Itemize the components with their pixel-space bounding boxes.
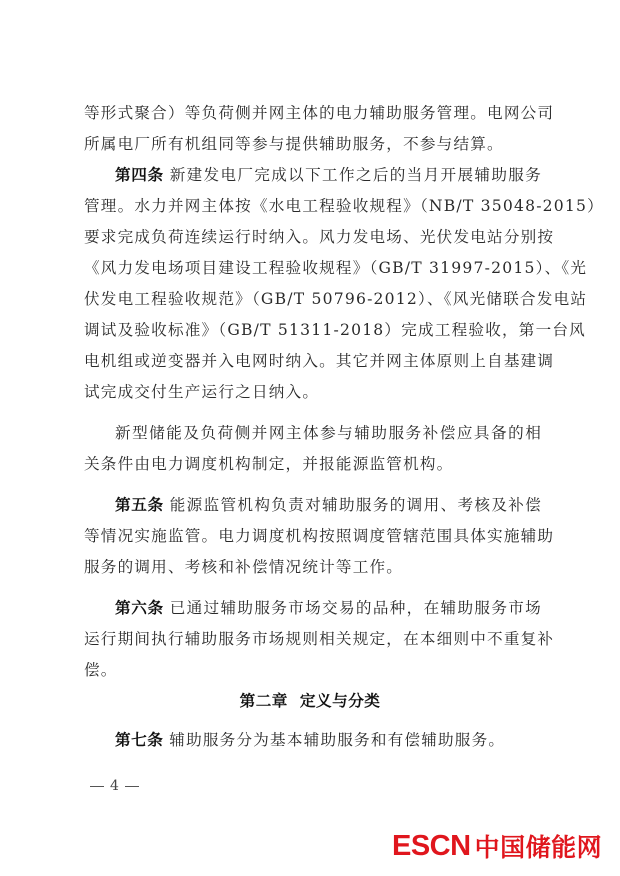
logo-en: ESCN [392,830,471,863]
text-line: 要求完成负荷连续运行时纳入。风力发电场、光伏发电站分别按 [84,222,542,253]
text-line: 调试及验收标准》（GB/T 51311-2018）完成工程验收，第一台风 [84,315,542,346]
text-line: 管理。水力并网主体按《水电工程验收规程》（NB/T 35048-2015） [84,191,542,222]
article-text: 辅助服务分为基本辅助服务和有偿辅助服务。 [169,731,505,749]
article-text: 已通过辅助服务市场交易的品种，在辅助服务市场 [170,599,542,617]
text-line: 等情况实施监管。电力调度机构按照调度管辖范围具体实施辅助 [84,521,542,552]
text-line: 等形式聚合）等负荷侧并网主体的电力辅助服务管理。电网公司 [84,98,542,129]
dash-left [90,786,104,787]
text-line: 运行期间执行辅助服务市场规则相关规定，在本细则中不重复补 [84,624,542,655]
text-line: 新型储能及负荷侧并网主体参与辅助服务补偿应具备的相 [115,418,542,449]
text-line: 伏发电工程验收规范》（GB/T 50796-2012）、《风光储联合发电站 [84,284,542,315]
article-5-line: 第五条能源监管机构负责对辅助服务的调用、考核及补偿 [115,490,542,521]
text-line: 关条件由电力调度机构制定，并报能源监管机构。 [84,449,542,480]
logo-cn: 中国储能网 [475,828,603,864]
text-line: 服务的调用、考核和补偿情况统计等工作。 [84,552,542,583]
text-line: 偿。 [84,655,542,686]
document-page: 等形式聚合）等负荷侧并网主体的电力辅助服务管理。电网公司 所属电厂所有机组同等参… [0,0,620,876]
article-heading: 第七条 [115,731,163,749]
chapter-title: 定义与分类 [300,692,380,710]
article-heading: 第五条 [115,496,164,514]
article-heading: 第四条 [115,166,164,184]
dash-right [125,786,139,787]
chapter-heading: 第二章定义与分类 [0,689,620,711]
text-line: 电机组或逆变器并入电网时纳入。其它并网主体原则上自基建调 [84,346,542,377]
article-6-line: 第六条已通过辅助服务市场交易的品种，在辅助服务市场 [115,593,542,624]
article-text: 新建发电厂完成以下工作之后的当月开展辅助服务 [170,166,542,184]
article-7-line: 第七条辅助服务分为基本辅助服务和有偿辅助服务。 [115,725,542,756]
text-line: 所属电厂所有机组同等参与提供辅助服务，不参与结算。 [84,129,542,160]
text-line: 试完成交付生产运行之日纳入。 [84,377,542,408]
chapter-number: 第二章 [240,692,288,710]
text-line: 《风力发电场项目建设工程验收规程》（GB/T 31997-2015）、《光 [84,253,542,284]
page-number-value: 4 [110,778,119,794]
page-number: 4 [84,778,145,794]
article-4-line: 第四条新建发电厂完成以下工作之后的当月开展辅助服务 [115,160,542,191]
escn-watermark-logo: ESCN 中国储能网 [392,830,602,862]
article-heading: 第六条 [115,599,164,617]
article-text: 能源监管机构负责对辅助服务的调用、考核及补偿 [170,496,542,514]
